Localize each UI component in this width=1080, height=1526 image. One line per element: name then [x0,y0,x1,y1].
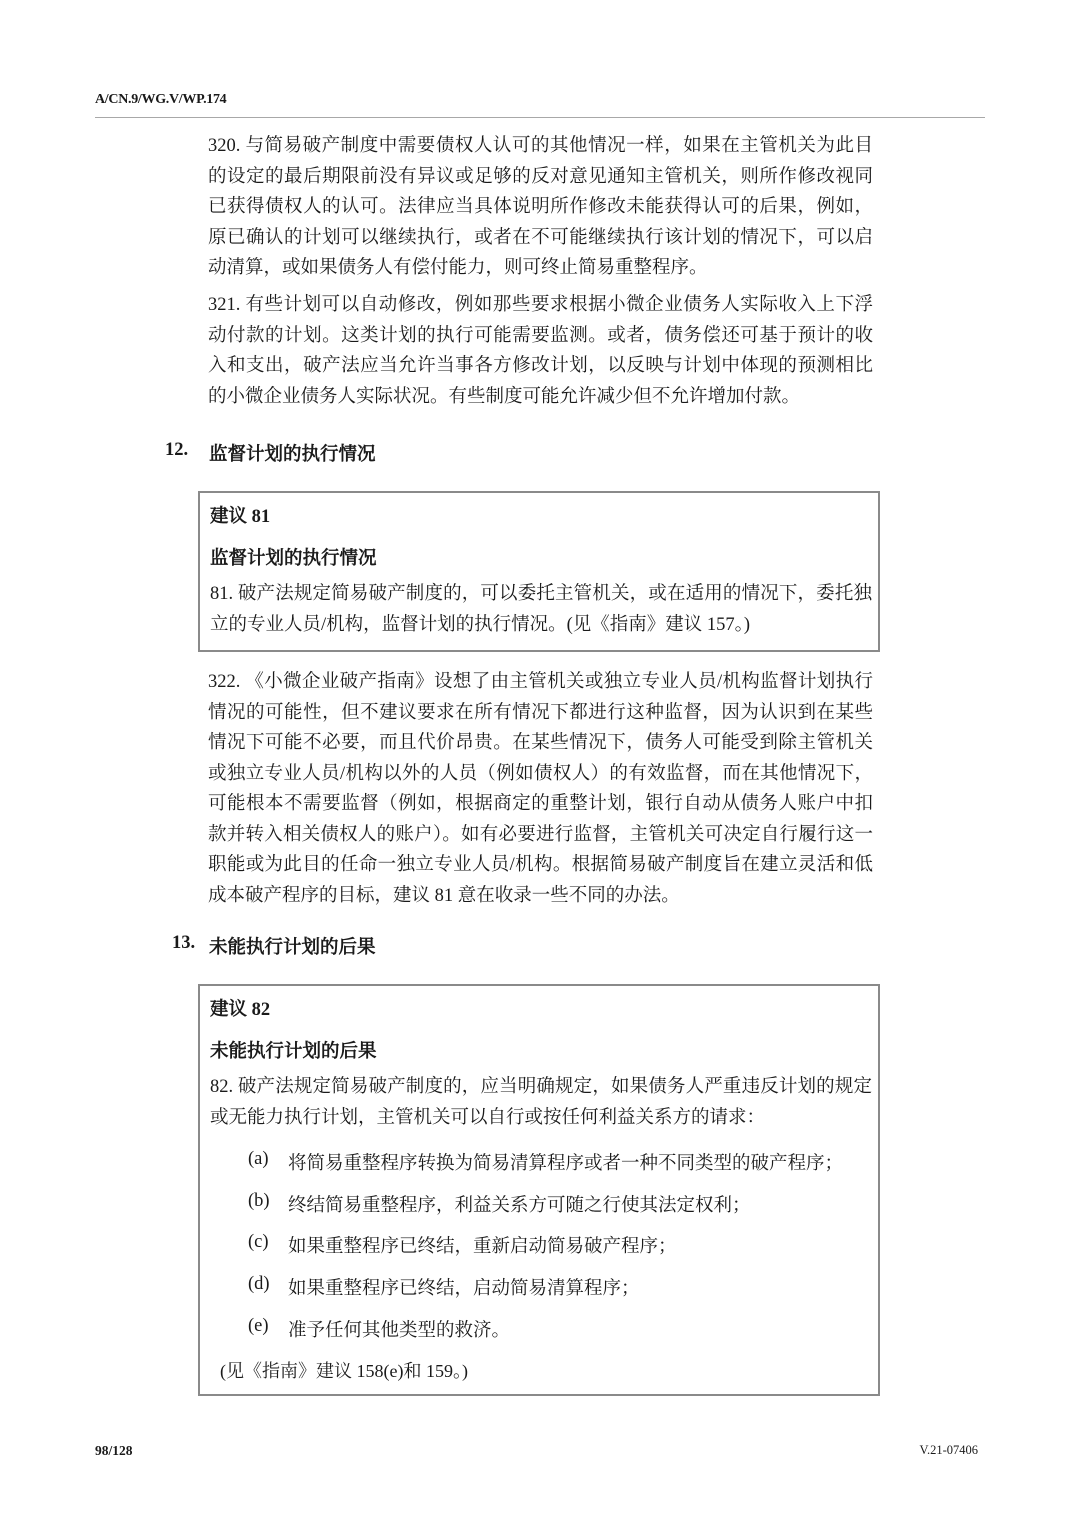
recommendation-label: 建议 81 [210,502,270,528]
list-item-b: (b) 终结简易重整程序，利益关系方可随之行使其法定权利； [248,1191,751,1217]
paragraph-322: 322. 《小微企业破产指南》设想了由主管机关或独立专业人员/机构监督计划执行情… [208,667,873,911]
section-number: 12. [165,440,209,466]
document-symbol: A/CN.9/WG.V/WP.174 [95,92,226,108]
list-item-e: (e) 准予任何其他类型的救济。 [248,1316,510,1342]
list-text: 准予任何其他类型的救济。 [288,1316,510,1342]
list-text: 如果重整程序已终结，启动简易清算程序； [288,1274,640,1300]
document-code: V.21-07406 [920,1443,978,1458]
paragraph-321: 321. 有些计划可以自动修改，例如那些要求根据小微企业债务人实际收入上下浮动付… [208,290,873,412]
list-text: 将简易重整程序转换为简易清算程序或者一种不同类型的破产程序； [288,1149,843,1175]
recommendation-subtitle: 未能执行计划的后果 [210,1037,377,1063]
section-title: 监督计划的执行情况 [209,440,376,466]
list-marker: (b) [248,1191,288,1217]
list-marker: (c) [248,1232,288,1258]
section-heading-12: 12. 监督计划的执行情况 [165,440,376,466]
list-marker: (a) [248,1149,288,1175]
list-item-c: (c) 如果重整程序已终结，重新启动简易破产程序； [248,1232,677,1258]
section-title: 未能执行计划的后果 [209,933,376,959]
recommendation-label: 建议 82 [210,995,270,1021]
recommendation-text: 81. 破产法规定简易破产制度的，可以委托主管机关，或在适用的情况下，委托独立的… [210,579,872,640]
recommendation-81-box: 建议 81 监督计划的执行情况 81. 破产法规定简易破产制度的，可以委托主管机… [198,491,880,652]
recommendation-subtitle: 监督计划的执行情况 [210,544,377,570]
header-divider [95,117,985,118]
section-number: 13. [172,933,209,959]
list-marker: (d) [248,1274,288,1300]
recommendation-reference: (见《指南》建议 158(e)和 159。) [220,1357,468,1383]
list-marker: (e) [248,1316,288,1342]
recommendation-text: 82. 破产法规定简易破产制度的，应当明确规定，如果债务人严重违反计划的规定或无… [210,1072,872,1133]
list-text: 如果重整程序已终结，重新启动简易破产程序； [288,1232,677,1258]
list-item-d: (d) 如果重整程序已终结，启动简易清算程序； [248,1274,640,1300]
page-number: 98/128 [95,1443,133,1459]
section-heading-13: 13. 未能执行计划的后果 [172,933,376,959]
list-item-a: (a) 将简易重整程序转换为简易清算程序或者一种不同类型的破产程序； [248,1149,843,1175]
list-text: 终结简易重整程序，利益关系方可随之行使其法定权利； [288,1191,751,1217]
paragraph-320: 320. 与简易破产制度中需要债权人认可的其他情况一样，如果在主管机关为此目的设… [208,131,873,284]
recommendation-82-box: 建议 82 未能执行计划的后果 82. 破产法规定简易破产制度的，应当明确规定，… [198,984,880,1396]
